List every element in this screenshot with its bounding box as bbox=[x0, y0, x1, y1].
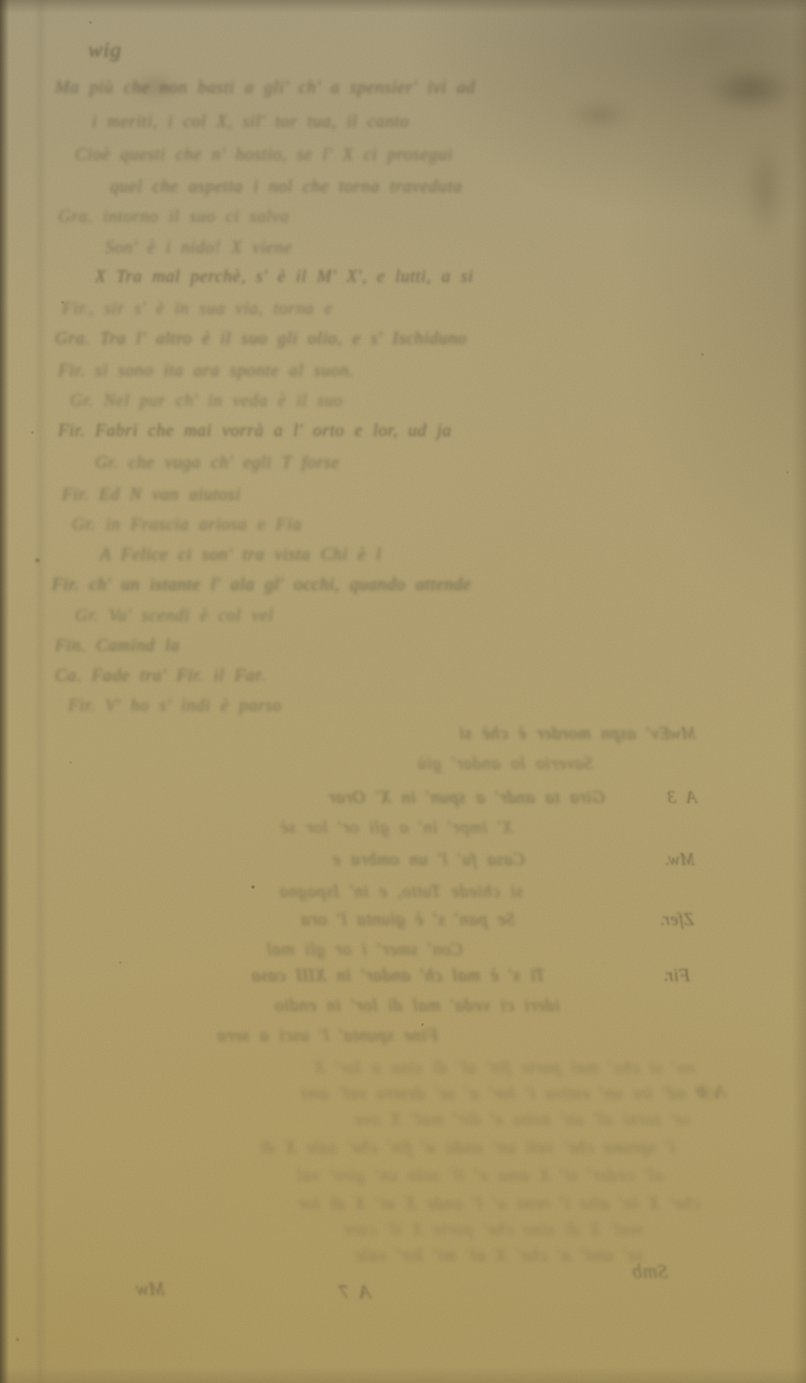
book-page: wigMa più che non basti a gli' ch' a spe… bbox=[0, 0, 806, 1383]
paper-grain-texture bbox=[0, 0, 806, 1383]
